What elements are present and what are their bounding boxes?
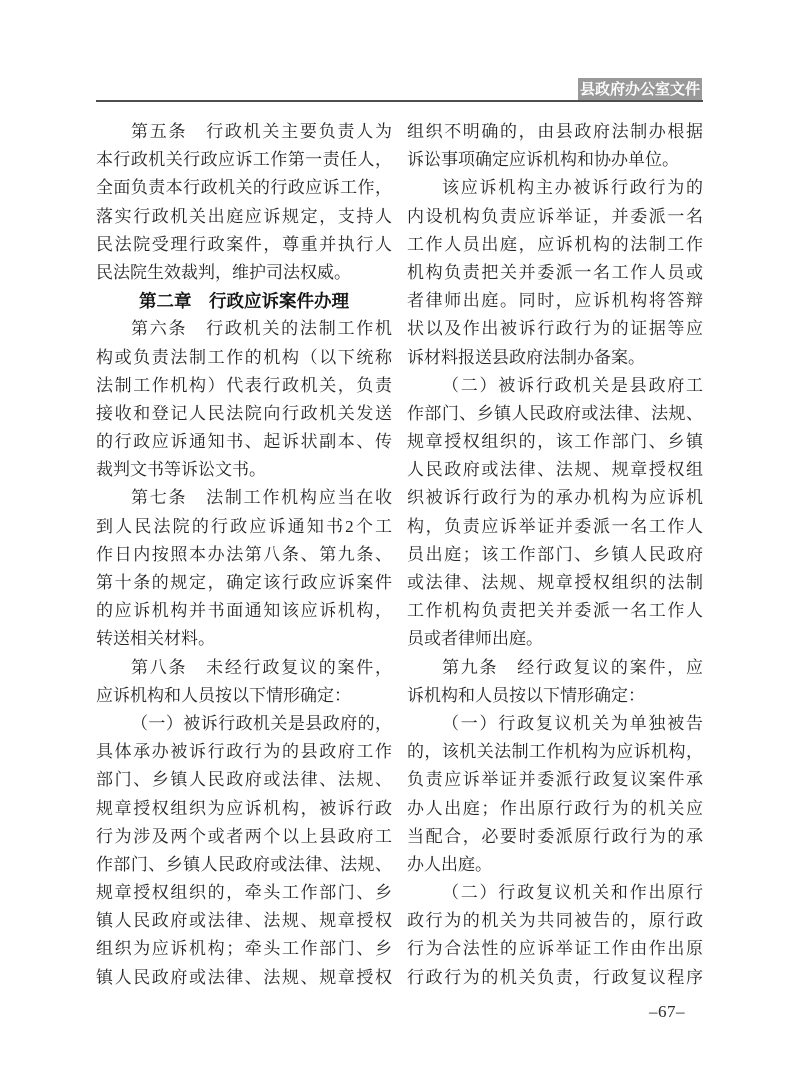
text-line: 第六条 行政机关的法制工作机 [96,315,392,343]
text-line: 规章授权组织为应诉机构，被诉行政 [96,795,392,823]
text-line: （二）行政复议机关和作出原行 [407,879,703,907]
text-line: 的行政应诉通知书、起诉状副本、传票、 [96,428,392,456]
text-line: 民法院生效裁判，维护司法权威。 [96,259,392,287]
text-line: 构，负责应诉举证并委派一名工作人 [407,513,703,541]
document-page: 县政府办公室文件 第五条 行政机关主要负责人为本行政机关行政应诉工作第一责任人，… [0,0,793,1077]
text-line: 诉讼事项确定应诉机构和协办单位。 [407,146,703,174]
text-line: 的应诉机构并书面通知该应诉机构， [96,597,392,625]
text-line: 办人出庭；作出原行政行为的机关应 [407,795,703,823]
right-column: 组织不明确的，由县政府法制办根据诉讼事项确定应诉机构和协办单位。该应诉机构主办被… [407,118,703,992]
header-banner: 县政府办公室文件 [578,78,702,101]
text-line: 员或者律师出庭。 [407,625,703,653]
text-line: 行为涉及两个或者两个以上县政府工 [96,823,392,851]
text-line: 诉材料报送县政府法制办备案。 [407,344,703,372]
text-line: 落实行政机关出庭应诉规定，支持人 [96,203,392,231]
text-line: 到人民法院的行政应诉通知书2个工 [96,513,392,541]
text-line: 第八条 未经行政复议的案件， [96,654,392,682]
header-rule [96,100,703,102]
left-column: 第五条 行政机关主要负责人为本行政机关行政应诉工作第一责任人，全面负责本行政机关… [96,118,392,992]
text-line: 规章授权组织的，该工作部门、乡镇 [407,428,703,456]
text-line: 规章授权组织的，牵头工作部门、乡 [96,879,392,907]
text-line: （二）被诉行政机关是县政府工 [407,372,703,400]
chapter-heading: 第二章 行政应诉案件办理 [96,287,392,315]
text-line: 的，该机关法制工作机构为应诉机构， [407,738,703,766]
text-line: 当配合，必要时委派原行政行为的承 [407,823,703,851]
text-line: 内设机构负责应诉举证，并委派一名 [407,203,703,231]
text-line: 行为合法性的应诉举证工作由作出原 [407,935,703,963]
text-line: 办人出庭。 [407,851,703,879]
text-line: 应诉机构和人员按以下情形确定： [96,682,392,710]
text-line: 裁判文书等诉讼文书。 [96,456,392,484]
text-line: 组织为应诉机构；牵头工作部门、乡 [96,935,392,963]
text-line: 作部门、乡镇人民政府或法律、法规、 [96,851,392,879]
text-line: 镇人民政府或法律、法规、规章授权 [96,964,392,992]
text-line: 组织不明确的，由县政府法制办根据 [407,118,703,146]
text-line: 或法律、法规、规章授权组织的法制 [407,569,703,597]
text-line: 状以及作出被诉行政行为的证据等应 [407,315,703,343]
text-line: 行政行为的机关负责，行政复议程序 [407,964,703,992]
text-line: 部门、乡镇人民政府或法律、法规、 [96,766,392,794]
text-line: 构或负责法制工作的机构（以下统称 [96,344,392,372]
text-line: 接收和登记人民法院向行政机关发送 [96,400,392,428]
text-line: 负责应诉举证并委派行政复议案件承 [407,766,703,794]
text-line: 人民政府或法律、法规、规章授权组 [407,456,703,484]
text-line: 民法院受理行政案件，尊重并执行人 [96,231,392,259]
text-line: 员出庭；该工作部门、乡镇人民政府 [407,541,703,569]
text-line: 第七条 法制工作机构应当在收 [96,484,392,512]
text-line: 法制工作机构）代表行政机关，负责 [96,372,392,400]
text-line: 镇人民政府或法律、法规、规章授权 [96,907,392,935]
text-line: 第五条 行政机关主要负责人为 [96,118,392,146]
text-line: 第十条的规定，确定该行政应诉案件 [96,569,392,597]
text-line: 织被诉行政行为的承办机构为应诉机 [407,484,703,512]
text-line: （一）被诉行政机关是县政府的， [96,710,392,738]
text-line: 政行为的机关为共同被告的，原行政 [407,907,703,935]
text-line: 转送相关材料。 [96,625,392,653]
text-line: 机构负责把关并委派一名工作人员或 [407,259,703,287]
text-line: 具体承办被诉行政行为的县政府工作 [96,738,392,766]
text-line: 该应诉机构主办被诉行政行为的 [407,174,703,202]
text-line: 第九条 经行政复议的案件，应 [407,654,703,682]
text-line: 作日内按照本办法第八条、第九条、 [96,541,392,569]
text-line: 诉机构和人员按以下情形确定： [407,682,703,710]
document-body: 第五条 行政机关主要负责人为本行政机关行政应诉工作第一责任人，全面负责本行政机关… [96,118,703,992]
text-line: 作部门、乡镇人民政府或法律、法规、 [407,400,703,428]
text-line: 本行政机关行政应诉工作第一责任人， [96,146,392,174]
text-line: （一）行政复议机关为单独被告 [407,710,703,738]
text-line: 工作人员出庭，应诉机构的法制工作 [407,231,703,259]
page-number: –67– [617,1000,717,1024]
text-line: 者律师出庭。同时，应诉机构将答辩 [407,287,703,315]
text-line: 全面负责本行政机关的行政应诉工作， [96,174,392,202]
text-line: 工作机构负责把关并委派一名工作人 [407,597,703,625]
